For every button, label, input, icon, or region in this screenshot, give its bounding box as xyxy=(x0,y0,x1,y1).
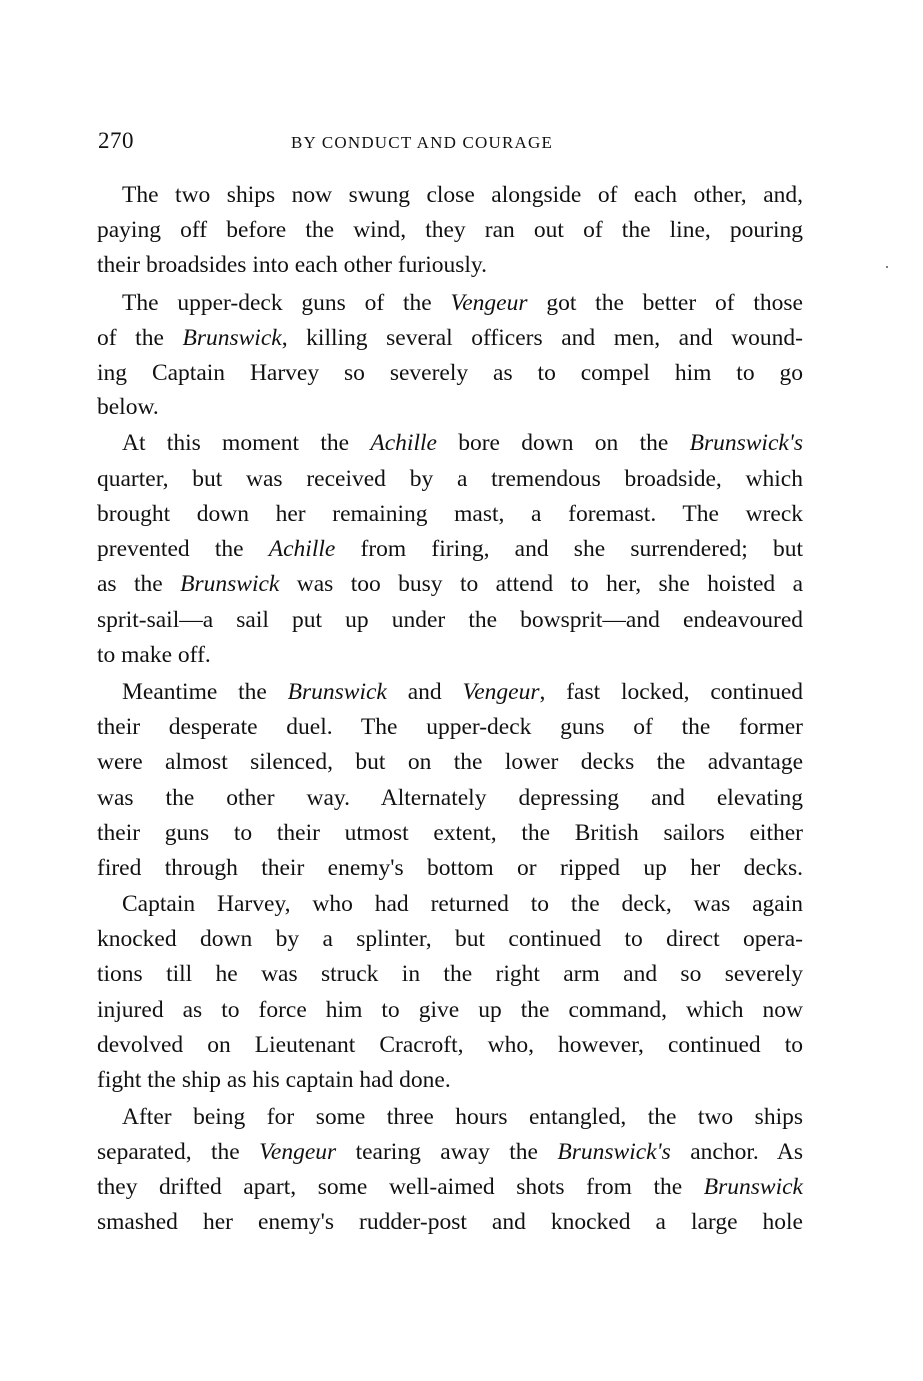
paragraph-1-line-3: their broadsides into each other furious… xyxy=(97,250,803,280)
paragraph-3-line-5: as the Brunswick was too busy to attend … xyxy=(97,569,803,599)
paragraph-2-line-4: below. xyxy=(97,392,803,422)
paragraph-6-line-2: separated, the Vengeur tearing away the … xyxy=(97,1137,803,1167)
paragraph-1-line-2: paying off before the wind, they ran out… xyxy=(97,215,803,245)
paragraph-2-line-2: of the Brunswick, killing several office… xyxy=(97,323,803,353)
paragraph-5-line-3: tions till he was struck in the right ar… xyxy=(97,959,803,989)
running-head: BY CONDUCT AND COURAGE xyxy=(291,133,553,153)
paragraph-2-line-3: ing Captain Harvey so severely as to com… xyxy=(97,358,803,388)
ship-name: Vengeur xyxy=(462,679,539,705)
ship-name: Brunswick xyxy=(288,679,387,705)
paragraph-4-line-2: their desperate duel. The upper-deck gun… xyxy=(97,712,803,742)
paragraph-4-line-6: fired through their enemy's bottom or ri… xyxy=(97,853,803,883)
ship-name: Achille xyxy=(370,430,437,456)
ship-name: Vengeur xyxy=(451,290,528,316)
scan-speck xyxy=(886,266,888,268)
paragraph-6-line-1: After being for some three hours entangl… xyxy=(97,1102,803,1132)
paragraph-6-line-3: they drifted apart, some well-aimed shot… xyxy=(97,1172,803,1202)
paragraph-4-line-3: were almost silenced, but on the lower d… xyxy=(97,747,803,777)
paragraph-3-line-2: quarter, but was received by a tremendou… xyxy=(97,464,803,494)
paragraph-6-line-4: smashed her enemy's rudder-post and knoc… xyxy=(97,1207,803,1237)
ship-name: Brunswick's xyxy=(557,1139,670,1165)
paragraph-5-line-1: Captain Harvey, who had returned to the … xyxy=(97,889,803,919)
page-header: 270 BY CONDUCT AND COURAGE xyxy=(98,128,803,158)
paragraph-2-line-1: The upper-deck guns of the Vengeur got t… xyxy=(97,288,803,318)
paragraph-3-line-1: At this moment the Achille bore down on … xyxy=(97,428,803,458)
ship-name: Brunswick xyxy=(180,571,279,597)
paragraph-5-line-4: injured as to force him to give up the c… xyxy=(97,995,803,1025)
paragraph-4-line-5: their guns to their utmost extent, the B… xyxy=(97,818,803,848)
ship-name: Vengeur xyxy=(259,1139,336,1165)
paragraph-5-line-2: knocked down by a splinter, but continue… xyxy=(97,924,803,954)
page-number: 270 xyxy=(98,128,134,154)
ship-name: Achille xyxy=(269,536,336,562)
paragraph-1-line-1: The two ships now swung close alongside … xyxy=(97,180,803,210)
paragraph-3-line-3: brought down her remaining mast, a forem… xyxy=(97,499,803,529)
paragraph-4-line-1: Meantime the Brunswick and Vengeur, fast… xyxy=(97,677,803,707)
ship-name: Brunswick xyxy=(182,325,281,351)
paragraph-4-line-4: was the other way. Alternately depressin… xyxy=(97,783,803,813)
ship-name: Brunswick's xyxy=(690,430,803,456)
paragraph-3-line-7: to make off. xyxy=(97,640,803,670)
paragraph-3-line-4: prevented the Achille from firing, and s… xyxy=(97,534,803,564)
paragraph-5-line-6: fight the ship as his captain had done. xyxy=(97,1065,803,1095)
paragraph-3-line-6: sprit-sail—a sail put up under the bowsp… xyxy=(97,605,803,635)
book-page: 270 BY CONDUCT AND COURAGE The two ships… xyxy=(0,0,923,1381)
paragraph-5-line-5: devolved on Lieutenant Cracroft, who, ho… xyxy=(97,1030,803,1060)
ship-name: Brunswick xyxy=(704,1174,803,1200)
